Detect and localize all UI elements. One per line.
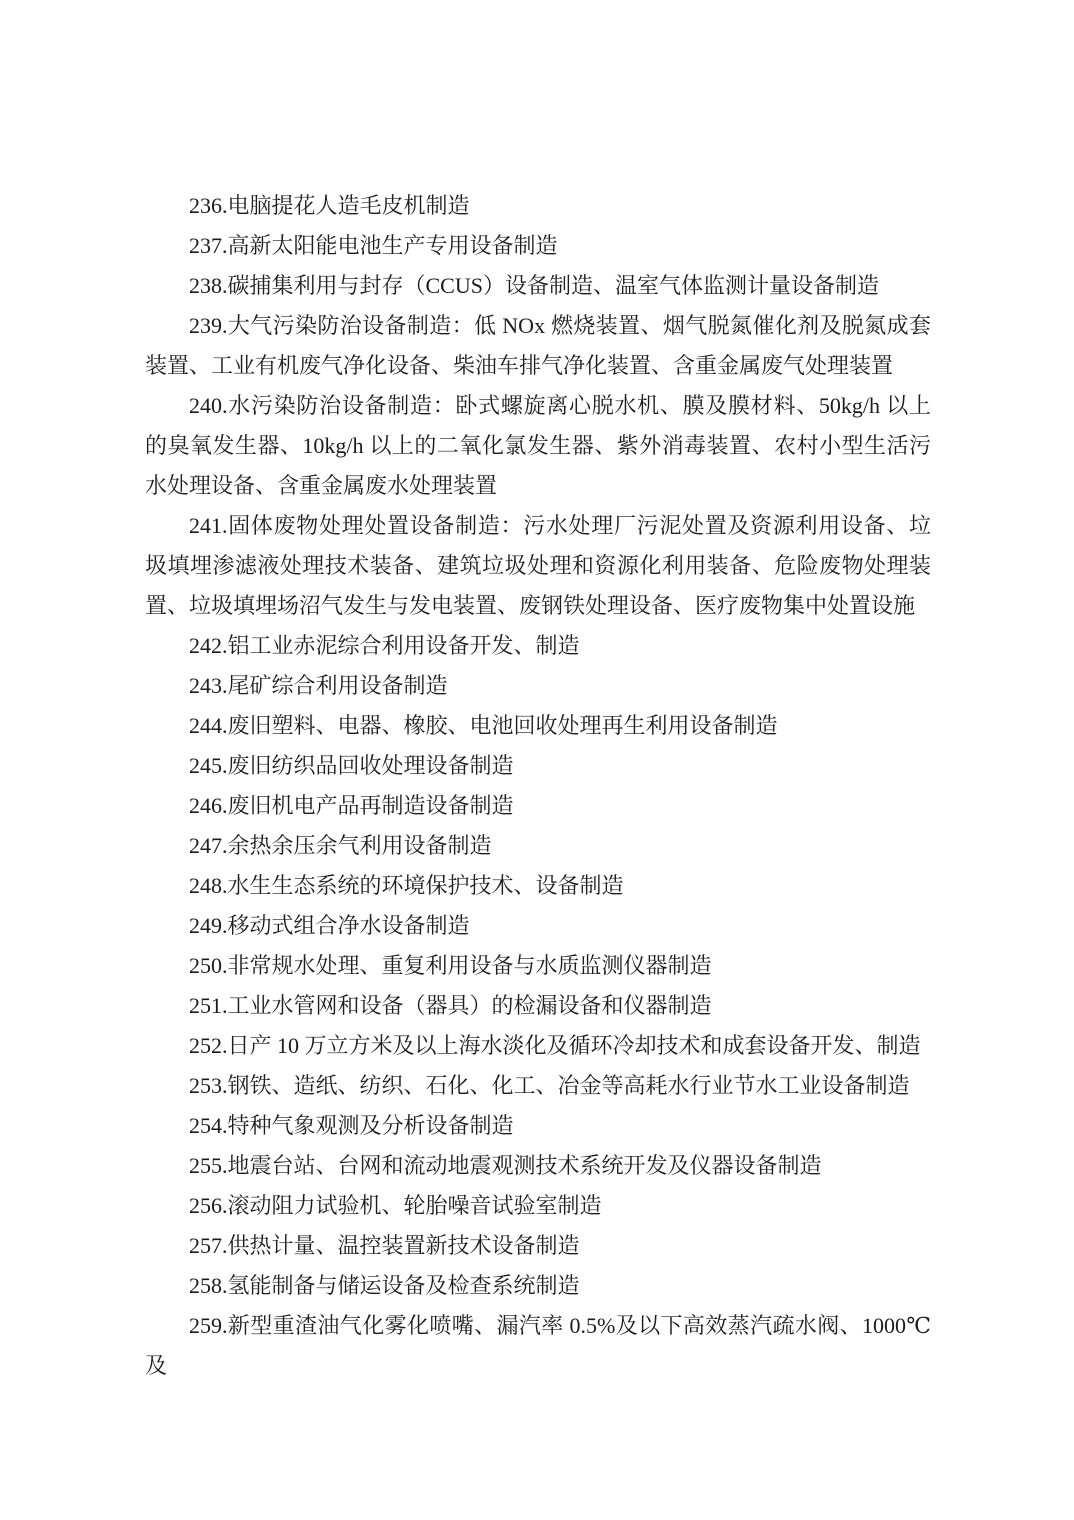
item-text: 新型重渣油气化雾化喷嘴、漏汽率 0.5%及以下高效蒸汽疏水阀、1000℃及: [145, 1313, 931, 1378]
item-number: 238.: [189, 273, 228, 298]
item-text: 尾矿综合利用设备制造: [228, 673, 448, 698]
item-number: 247.: [189, 833, 228, 858]
list-item: 239.大气污染防治设备制造：低 NOx 燃烧装置、烟气脱氮催化剂及脱氮成套装置…: [145, 306, 931, 386]
item-number: 259.: [189, 1313, 228, 1338]
item-text: 移动式组合净水设备制造: [228, 913, 470, 938]
item-number: 239.: [189, 313, 228, 338]
item-number: 250.: [189, 953, 228, 978]
item-text: 滚动阻力试验机、轮胎噪音试验室制造: [228, 1193, 602, 1218]
item-number: 241.: [189, 513, 228, 538]
list-item: 240.水污染防治设备制造：卧式螺旋离心脱水机、膜及膜材料、50kg/h 以上的…: [145, 386, 931, 506]
list-item: 254.特种气象观测及分析设备制造: [145, 1106, 931, 1146]
list-item: 242.铝工业赤泥综合利用设备开发、制造: [145, 626, 931, 666]
item-number: 254.: [189, 1113, 228, 1138]
list-item: 257.供热计量、温控装置新技术设备制造: [145, 1226, 931, 1266]
list-item: 256.滚动阻力试验机、轮胎噪音试验室制造: [145, 1186, 931, 1226]
item-text: 固体废物处理处置设备制造：污水处理厂污泥处置及资源利用设备、垃圾填埋渗滤液处理技…: [145, 513, 931, 618]
item-text: 地震台站、台网和流动地震观测技术系统开发及仪器设备制造: [228, 1153, 822, 1178]
item-number: 251.: [189, 993, 228, 1018]
item-number: 237.: [189, 233, 228, 258]
item-number: 258.: [189, 1273, 228, 1298]
item-text: 废旧纺织品回收处理设备制造: [228, 753, 514, 778]
item-text: 工业水管网和设备（器具）的检漏设备和仪器制造: [228, 993, 712, 1018]
list-item: 244.废旧塑料、电器、橡胶、电池回收处理再生利用设备制造: [145, 706, 931, 746]
item-text: 废旧塑料、电器、橡胶、电池回收处理再生利用设备制造: [228, 713, 778, 738]
item-number: 255.: [189, 1153, 228, 1178]
document-page: 236.电脑提花人造毛皮机制造237.高新太阳能电池生产专用设备制造238.碳捕…: [0, 0, 1074, 1520]
item-text: 电脑提花人造毛皮机制造: [228, 193, 470, 218]
item-number: 252.: [189, 1033, 228, 1058]
item-text: 碳捕集利用与封存（CCUS）设备制造、温室气体监测计量设备制造: [228, 273, 879, 298]
item-number: 253.: [189, 1073, 228, 1098]
item-number: 248.: [189, 873, 228, 898]
item-number: 256.: [189, 1193, 228, 1218]
list-item: 238.碳捕集利用与封存（CCUS）设备制造、温室气体监测计量设备制造: [145, 266, 931, 306]
list-item: 241.固体废物处理处置设备制造：污水处理厂污泥处置及资源利用设备、垃圾填埋渗滤…: [145, 506, 931, 626]
item-text: 废旧机电产品再制造设备制造: [228, 793, 514, 818]
list-item: 253.钢铁、造纸、纺织、石化、化工、冶金等高耗水行业节水工业设备制造: [145, 1066, 931, 1106]
list-item: 258.氢能制备与储运设备及检查系统制造: [145, 1266, 931, 1306]
item-text: 日产 10 万立方米及以上海水淡化及循环冷却技术和成套设备开发、制造: [228, 1033, 921, 1058]
item-text: 氢能制备与储运设备及检查系统制造: [228, 1273, 580, 1298]
item-text: 余热余压余气利用设备制造: [228, 833, 492, 858]
item-text: 铝工业赤泥综合利用设备开发、制造: [228, 633, 580, 658]
list-item: 246.废旧机电产品再制造设备制造: [145, 786, 931, 826]
list-item: 245.废旧纺织品回收处理设备制造: [145, 746, 931, 786]
item-number: 245.: [189, 753, 228, 778]
item-text: 大气污染防治设备制造：低 NOx 燃烧装置、烟气脱氮催化剂及脱氮成套装置、工业有…: [145, 313, 931, 378]
item-text: 非常规水处理、重复利用设备与水质监测仪器制造: [228, 953, 712, 978]
list-item: 236.电脑提花人造毛皮机制造: [145, 186, 931, 226]
list-item: 251.工业水管网和设备（器具）的检漏设备和仪器制造: [145, 986, 931, 1026]
item-number: 236.: [189, 193, 228, 218]
list-item: 243.尾矿综合利用设备制造: [145, 666, 931, 706]
item-text: 钢铁、造纸、纺织、石化、化工、冶金等高耗水行业节水工业设备制造: [228, 1073, 910, 1098]
item-number: 246.: [189, 793, 228, 818]
item-text: 水生生态系统的环境保护技术、设备制造: [228, 873, 624, 898]
list-item: 237.高新太阳能电池生产专用设备制造: [145, 226, 931, 266]
list-item: 248.水生生态系统的环境保护技术、设备制造: [145, 866, 931, 906]
item-text: 高新太阳能电池生产专用设备制造: [228, 233, 558, 258]
list-item: 247.余热余压余气利用设备制造: [145, 826, 931, 866]
item-number: 240.: [189, 393, 228, 418]
list-item: 255.地震台站、台网和流动地震观测技术系统开发及仪器设备制造: [145, 1146, 931, 1186]
list-item: 250.非常规水处理、重复利用设备与水质监测仪器制造: [145, 946, 931, 986]
item-number: 244.: [189, 713, 228, 738]
item-text: 供热计量、温控装置新技术设备制造: [228, 1233, 580, 1258]
list-item: 259.新型重渣油气化雾化喷嘴、漏汽率 0.5%及以下高效蒸汽疏水阀、1000℃…: [145, 1306, 931, 1386]
item-number: 243.: [189, 673, 228, 698]
item-number: 257.: [189, 1233, 228, 1258]
item-text: 特种气象观测及分析设备制造: [228, 1113, 514, 1138]
item-list: 236.电脑提花人造毛皮机制造237.高新太阳能电池生产专用设备制造238.碳捕…: [145, 186, 931, 1386]
list-item: 252.日产 10 万立方米及以上海水淡化及循环冷却技术和成套设备开发、制造: [145, 1026, 931, 1066]
item-number: 242.: [189, 633, 228, 658]
item-text: 水污染防治设备制造：卧式螺旋离心脱水机、膜及膜材料、50kg/h 以上的臭氧发生…: [145, 393, 931, 498]
item-number: 249.: [189, 913, 228, 938]
list-item: 249.移动式组合净水设备制造: [145, 906, 931, 946]
